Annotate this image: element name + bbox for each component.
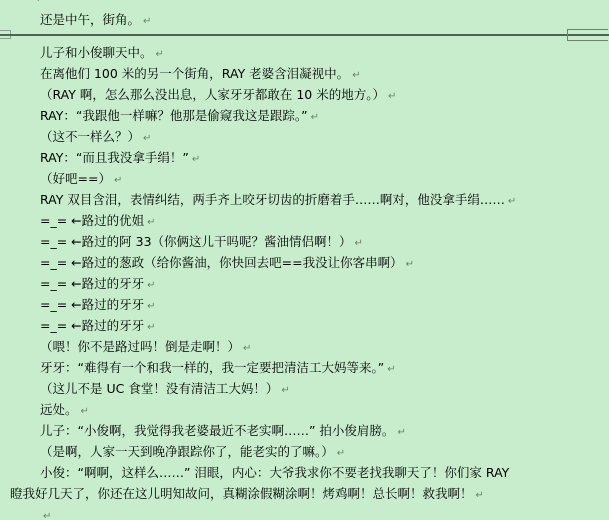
paragraph-mark-icon: ↵ [355, 238, 363, 249]
paragraph-text: 儿子和小俊聊天中。 [40, 45, 153, 60]
paragraph-text: =_= ←路过的葱政（给你酱油，你快回去吧==我没让你客串啊） [40, 255, 403, 270]
paragraph-mark-icon: ↵ [143, 16, 151, 27]
paragraph-text: =_= ←路过的优姐 [40, 213, 144, 228]
document-paragraph[interactable]: =_= ←路过的牙牙↵ [40, 297, 156, 313]
document-paragraph[interactable]: =_= ←路过的牙牙↵ [40, 276, 156, 292]
paragraph-mark-icon: ↵ [147, 280, 155, 291]
document-paragraph[interactable]: （好吧==）↵ [40, 171, 122, 187]
document-paragraph[interactable]: 牙牙：“难得有一个和我一样的，我一定要把清洁工大妈等来。”↵ [40, 360, 396, 376]
paragraph-mark-icon: ↵ [147, 217, 155, 228]
document-page[interactable]: ↵ 还是中午，街角。↵儿子和小俊聊天中。↵在离他们 100 米的另一个街角，RA… [0, 0, 609, 520]
paragraph-mark-icon: ↵ [281, 385, 289, 396]
paragraph-mark-icon: ↵ [387, 364, 395, 375]
document-paragraph[interactable]: =_= ←路过的优姐↵ [40, 213, 156, 229]
paragraph-text: =_= ←路过的阿 33（你俩这儿干吗呢？酱油情侣啊！） [40, 234, 352, 249]
document-paragraph[interactable]: 还是中午，街角。↵ [40, 12, 151, 28]
paragraph-mark-icon: ↵ [243, 343, 251, 354]
paragraph-text: （是啊，人家一天到晚净跟踪你了，能老实的了嘛。） [40, 444, 334, 459]
document-paragraph[interactable]: （这儿不是 UC 食堂！没有清洁工大妈！）↵ [40, 381, 290, 397]
paragraph-mark-icon: ↵ [388, 91, 396, 102]
document-paragraph[interactable]: RAY：“我跟他一样嘛？他那是偷窥我这是跟踪。”↵ [40, 108, 319, 124]
paragraph-mark-icon: ↵ [43, 511, 51, 520]
paragraph-mark-icon: ↵ [397, 427, 405, 438]
paragraph-text: （RAY 啊，怎么那么没出息，人家牙牙都敢在 10 米的地方。） [40, 87, 385, 102]
document-paragraph[interactable]: 儿子：“小俊啊，我觉得我老婆最近不老实啊……” 拍小俊肩膀。↵ [40, 423, 406, 439]
paragraph-mark-icon: ↵ [156, 49, 164, 60]
paragraph-mark-icon: ↵ [508, 196, 516, 207]
paragraph-mark-icon: ↵ [311, 112, 319, 123]
paragraph-mark-icon: ↵ [192, 154, 200, 165]
paragraph-text: RAY 双目含泪，表情纠结，两手齐上咬牙切齿的折磨着手……啊对，他没拿手绢…… [40, 192, 505, 207]
document-paragraph[interactable]: （喂！你不是路过吗！倒是走啊！）↵ [40, 339, 251, 355]
paragraph-text: 远处。 [40, 402, 78, 417]
document-paragraph[interactable]: ↵ [40, 507, 51, 520]
paragraph-text: RAY：“而且我没拿手绢！” [40, 150, 189, 165]
document-paragraph[interactable]: 瞪我好几天了，你还在这儿明知故问，真糊涂假糊涂啊！烤鸡啊！总长啊！救我啊！↵ [10, 486, 484, 502]
paragraph-text: =_= ←路过的牙牙 [40, 276, 144, 291]
paragraph-text: （好吧==） [40, 171, 111, 186]
paragraph-text: 小俊：“啊啊，这样么……” 泪眼，内心：大爷我求你不要老找我聊天了！你们家 RA… [40, 465, 509, 480]
page-corner-mark-right [567, 29, 607, 41]
paragraph-text: =_= ←路过的牙牙 [40, 297, 144, 312]
page-break-line [0, 34, 609, 36]
paragraph-text: 还是中午，街角。 [40, 12, 140, 27]
paragraph-mark-icon: ↵ [352, 70, 360, 81]
paragraph-text: （喂！你不是路过吗！倒是走啊！） [40, 339, 240, 354]
paragraph-mark: ↵ [36, 0, 44, 5]
paragraph-text: （这不一样么？） [40, 129, 140, 144]
paragraph-text: （这儿不是 UC 食堂！没有清洁工大妈！） [40, 381, 278, 396]
paragraph-mark-icon: ↵ [147, 322, 155, 333]
document-paragraph[interactable]: 儿子和小俊聊天中。↵ [40, 45, 164, 61]
document-paragraph[interactable]: RAY 双目含泪，表情纠结，两手齐上咬牙切齿的折磨着手……啊对，他没拿手绢……↵ [40, 192, 516, 208]
paragraph-text: =_= ←路过的牙牙 [40, 318, 144, 333]
paragraph-text: 瞪我好几天了，你还在这儿明知故问，真糊涂假糊涂啊！烤鸡啊！总长啊！救我啊！ [10, 486, 473, 501]
document-paragraph[interactable]: 在离他们 100 米的另一个街角，RAY 老婆含泪凝视中。↵ [40, 66, 361, 82]
paragraph-mark-icon: ↵ [406, 259, 414, 270]
document-paragraph[interactable]: （是啊，人家一天到晚净跟踪你了，能老实的了嘛。）↵ [40, 444, 345, 460]
paragraph-mark-icon: ↵ [147, 301, 155, 312]
document-paragraph[interactable]: =_= ←路过的阿 33（你俩这儿干吗呢？酱油情侣啊！）↵ [40, 234, 363, 250]
document-paragraph[interactable]: =_= ←路过的葱政（给你酱油，你快回去吧==我没让你客串啊）↵ [40, 255, 414, 271]
document-paragraph[interactable]: 远处。↵ [40, 402, 89, 418]
document-paragraph[interactable]: 小俊：“啊啊，这样么……” 泪眼，内心：大爷我求你不要老找我聊天了！你们家 RA… [40, 465, 509, 481]
paragraph-mark-icon: ↵ [476, 490, 484, 501]
document-paragraph[interactable]: （这不一样么？）↵ [40, 129, 151, 145]
document-paragraph[interactable]: （RAY 啊，怎么那么没出息，人家牙牙都敢在 10 米的地方。）↵ [40, 87, 396, 103]
paragraph-mark-icon: ↵ [81, 406, 89, 417]
document-paragraph[interactable]: =_= ←路过的牙牙↵ [40, 318, 156, 334]
paragraph-mark-icon: ↵ [337, 448, 345, 459]
document-paragraph[interactable]: RAY：“而且我没拿手绢！”↵ [40, 150, 200, 166]
paragraph-mark-icon: ↵ [114, 175, 122, 186]
paragraph-text: RAY：“我跟他一样嘛？他那是偷窥我这是跟踪。” [40, 108, 308, 123]
paragraph-text: 牙牙：“难得有一个和我一样的，我一定要把清洁工大妈等来。” [40, 360, 384, 375]
paragraph-mark-icon: ↵ [143, 133, 151, 144]
paragraph-text: 儿子：“小俊啊，我觉得我老婆最近不老实啊……” 拍小俊肩膀。 [40, 423, 394, 438]
paragraph-text: 在离他们 100 米的另一个街角，RAY 老婆含泪凝视中。 [40, 66, 349, 81]
